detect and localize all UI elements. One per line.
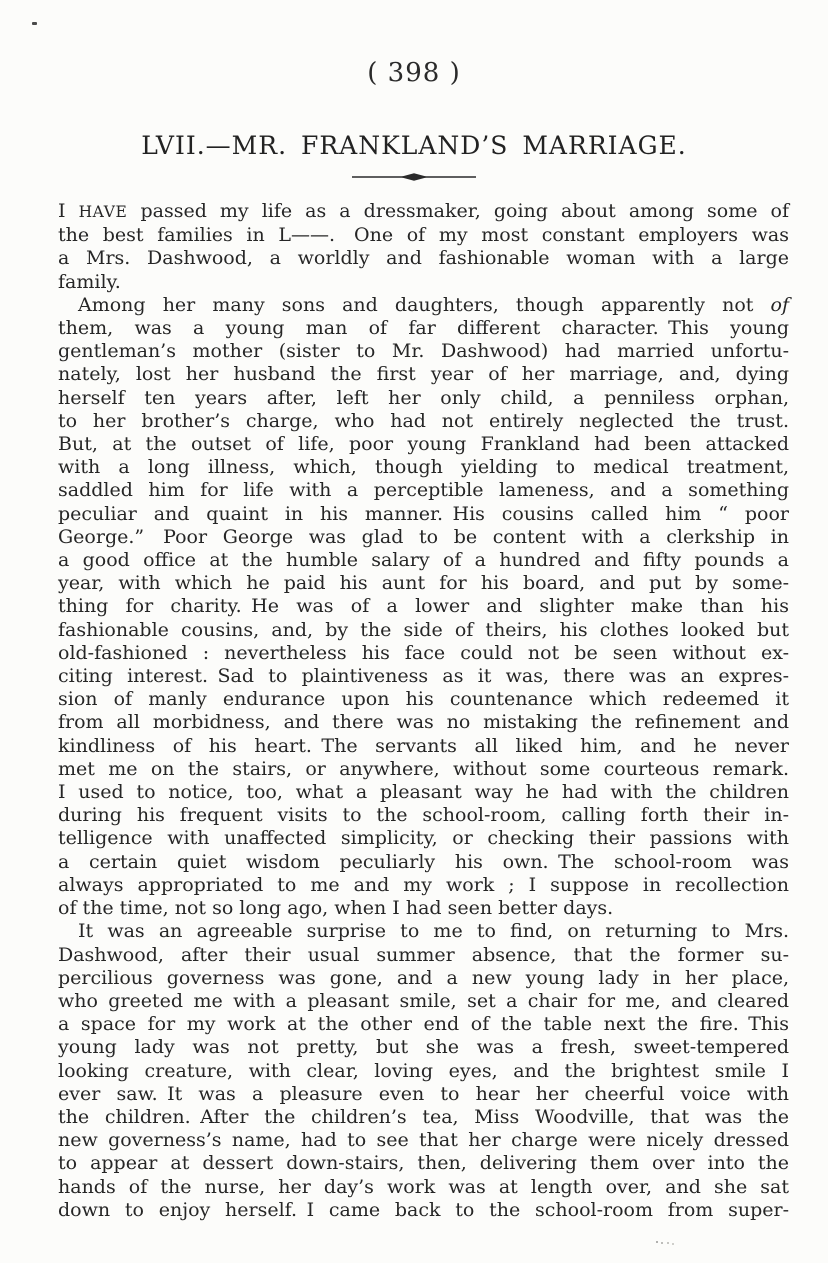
text-segment: who greeted me with a pleasant smile, se… xyxy=(58,990,789,1012)
text-line: thing for charity. He was of a lower and… xyxy=(58,595,789,618)
text-segment: But, at the outset of life, poor young F… xyxy=(58,433,789,455)
text-segment: thing for charity. He was of a lower and… xyxy=(58,595,789,617)
text-segment: peculiar and quaint in his manner. His c… xyxy=(58,503,789,525)
text-line: old-fashioned : nevertheless his face co… xyxy=(58,642,789,665)
text-line: It was an agreeable surprise to me to fi… xyxy=(58,920,789,943)
text-segment: them, was a young man of far different c… xyxy=(58,317,789,339)
text-segment: to her brother’s charge, who had not ent… xyxy=(58,410,789,432)
text-segment: saddled him for life with a perceptible … xyxy=(58,479,789,501)
paragraph: It was an agreeable surprise to me to fi… xyxy=(58,920,789,1222)
text-line: of the time, not so long ago, when I had… xyxy=(58,897,789,920)
text-line: family. xyxy=(58,271,789,294)
text-line: citing interest. Sad to plaintiveness as… xyxy=(58,665,789,688)
text-segment: a certain quiet wisdom peculiarly his ow… xyxy=(58,851,789,873)
page-body: I HAVE passed my life as a dressmaker, g… xyxy=(58,200,789,1222)
text-line: I used to notice, too, what a pleasant w… xyxy=(58,781,789,804)
text-segment: gentleman’s mother (sister to Mr. Dashwo… xyxy=(58,340,789,362)
text-line: a certain quiet wisdom peculiarly his ow… xyxy=(58,851,789,874)
text-segment: old-fashioned : nevertheless his face co… xyxy=(58,642,789,664)
text-segment: met me on the stairs, or anywhere, witho… xyxy=(58,758,789,780)
scan-speck xyxy=(656,1241,658,1243)
text-segment: a good office at the humble salary of a … xyxy=(58,549,789,571)
text-segment: from all morbidness, and there was no mi… xyxy=(58,711,789,733)
text-line: Dashwood, after their usual summer absen… xyxy=(58,944,789,967)
text-line: hands of the nurse, her day’s work was a… xyxy=(58,1176,789,1199)
text-line: But, at the outset of life, poor young F… xyxy=(58,433,789,456)
text-segment: a space for my work at the other end of … xyxy=(58,1013,789,1035)
text-segment: It was an agreeable surprise to me to fi… xyxy=(78,920,789,942)
text-line: ever saw. It was a pleasure even to hear… xyxy=(58,1083,789,1106)
text-segment: sion of manly endurance upon his counten… xyxy=(58,688,789,710)
text-segment: a Mrs. Dashwood, a worldly and fashionab… xyxy=(58,247,789,269)
text-segment: hands of the nurse, her day’s work was a… xyxy=(58,1176,789,1198)
chapter-title: LVII.—MR. FRANKLAND’S MARRIAGE. xyxy=(0,133,828,158)
text-line: during his frequent visits to the school… xyxy=(58,804,789,827)
text-line: with a long illness, which, though yield… xyxy=(58,456,789,479)
text-line: a space for my work at the other end of … xyxy=(58,1013,789,1036)
text-line: who greeted me with a pleasant smile, se… xyxy=(58,990,789,1013)
text-line: percilious governess was gone, and a new… xyxy=(58,967,789,990)
text-segment: ever saw. It was a pleasure even to hear… xyxy=(58,1083,789,1105)
text-line: a Mrs. Dashwood, a worldly and fashionab… xyxy=(58,247,789,270)
text-segment: Dashwood, after their usual summer absen… xyxy=(58,944,789,966)
text-line: a good office at the humble salary of a … xyxy=(58,549,789,572)
text-line: year, with which he paid his aunt for hi… xyxy=(58,572,789,595)
text-segment: new governess’s name, had to see that he… xyxy=(58,1129,789,1151)
diamond-rule-icon xyxy=(350,171,478,183)
text-line: met me on the stairs, or anywhere, witho… xyxy=(58,758,789,781)
text-segment: Among her many sons and daughters, thoug… xyxy=(78,294,771,316)
text-segment: I used to notice, too, what a pleasant w… xyxy=(58,781,789,803)
text-line: the children. After the children’s tea, … xyxy=(58,1106,789,1129)
scan-speck xyxy=(32,22,37,25)
text-segment: kindliness of his heart. The servants al… xyxy=(58,735,789,757)
text-line: telligence with unaffected simplicity, o… xyxy=(58,827,789,850)
text-segment: during his frequent visits to the school… xyxy=(58,804,789,826)
text-segment: citing interest. Sad to plaintiveness as… xyxy=(58,665,789,687)
book-page: ( 398 ) LVII.—MR. FRANKLAND’S MARRIAGE. … xyxy=(0,0,828,1263)
text-segment: HAVE xyxy=(79,203,128,221)
text-segment: young lady was not pretty, but she was a… xyxy=(58,1036,789,1058)
text-segment: I xyxy=(58,200,79,222)
text-segment: passed my life as a dressmaker, going ab… xyxy=(127,200,789,222)
text-segment: to appear at dessert down-stairs, then, … xyxy=(58,1152,789,1174)
text-line: them, was a young man of far different c… xyxy=(58,317,789,340)
text-line: fashionable cousins, and, by the side of… xyxy=(58,619,789,642)
text-line: George.” Poor George was glad to be cont… xyxy=(58,526,789,549)
text-line: kindliness of his heart. The servants al… xyxy=(58,735,789,758)
text-line: peculiar and quaint in his manner. His c… xyxy=(58,503,789,526)
text-segment: nately, lost her husband the first year … xyxy=(58,363,789,385)
text-line: down to enjoy herself. I came back to th… xyxy=(58,1199,789,1222)
text-segment: of xyxy=(771,294,789,316)
paragraph: Among her many sons and daughters, thoug… xyxy=(58,294,789,920)
text-line: herself ten years after, left her only c… xyxy=(58,387,789,410)
text-segment: looking creature, with clear, loving eye… xyxy=(58,1060,789,1082)
text-line: young lady was not pretty, but she was a… xyxy=(58,1036,789,1059)
text-line: to her brother’s charge, who had not ent… xyxy=(58,410,789,433)
text-segment: of the time, not so long ago, when I had… xyxy=(58,897,613,919)
text-line: Among her many sons and daughters, thoug… xyxy=(58,294,789,317)
text-segment: always appropriated to me and my work ; … xyxy=(58,874,789,896)
text-line: the best families in L——. One of my most… xyxy=(58,224,789,247)
text-segment: fashionable cousins, and, by the side of… xyxy=(58,619,789,641)
text-line: sion of manly endurance upon his counten… xyxy=(58,688,789,711)
section-divider-rule xyxy=(0,171,828,183)
text-line: gentleman’s mother (sister to Mr. Dashwo… xyxy=(58,340,789,363)
text-segment: family. xyxy=(58,271,121,293)
text-segment: telligence with unaffected simplicity, o… xyxy=(58,827,789,849)
text-segment: percilious governess was gone, and a new… xyxy=(58,967,789,989)
text-line: nately, lost her husband the first year … xyxy=(58,363,789,386)
text-segment: George.” Poor George was glad to be cont… xyxy=(58,526,789,548)
page-number: ( 398 ) xyxy=(0,60,828,86)
text-line: always appropriated to me and my work ; … xyxy=(58,874,789,897)
text-line: saddled him for life with a perceptible … xyxy=(58,479,789,502)
text-segment: the children. After the children’s tea, … xyxy=(58,1106,789,1128)
text-segment: year, with which he paid his aunt for hi… xyxy=(58,572,789,594)
text-line: new governess’s name, had to see that he… xyxy=(58,1129,789,1152)
text-segment: with a long illness, which, though yield… xyxy=(58,456,789,478)
text-segment: herself ten years after, left her only c… xyxy=(58,387,789,409)
text-line: from all morbidness, and there was no mi… xyxy=(58,711,789,734)
text-line: I HAVE passed my life as a dressmaker, g… xyxy=(58,200,789,224)
paragraph: I HAVE passed my life as a dressmaker, g… xyxy=(58,200,789,294)
text-segment: the best families in L——. One of my most… xyxy=(58,224,789,246)
text-line: to appear at dessert down-stairs, then, … xyxy=(58,1152,789,1175)
text-segment: down to enjoy herself. I came back to th… xyxy=(58,1199,789,1221)
text-line: looking creature, with clear, loving eye… xyxy=(58,1060,789,1083)
